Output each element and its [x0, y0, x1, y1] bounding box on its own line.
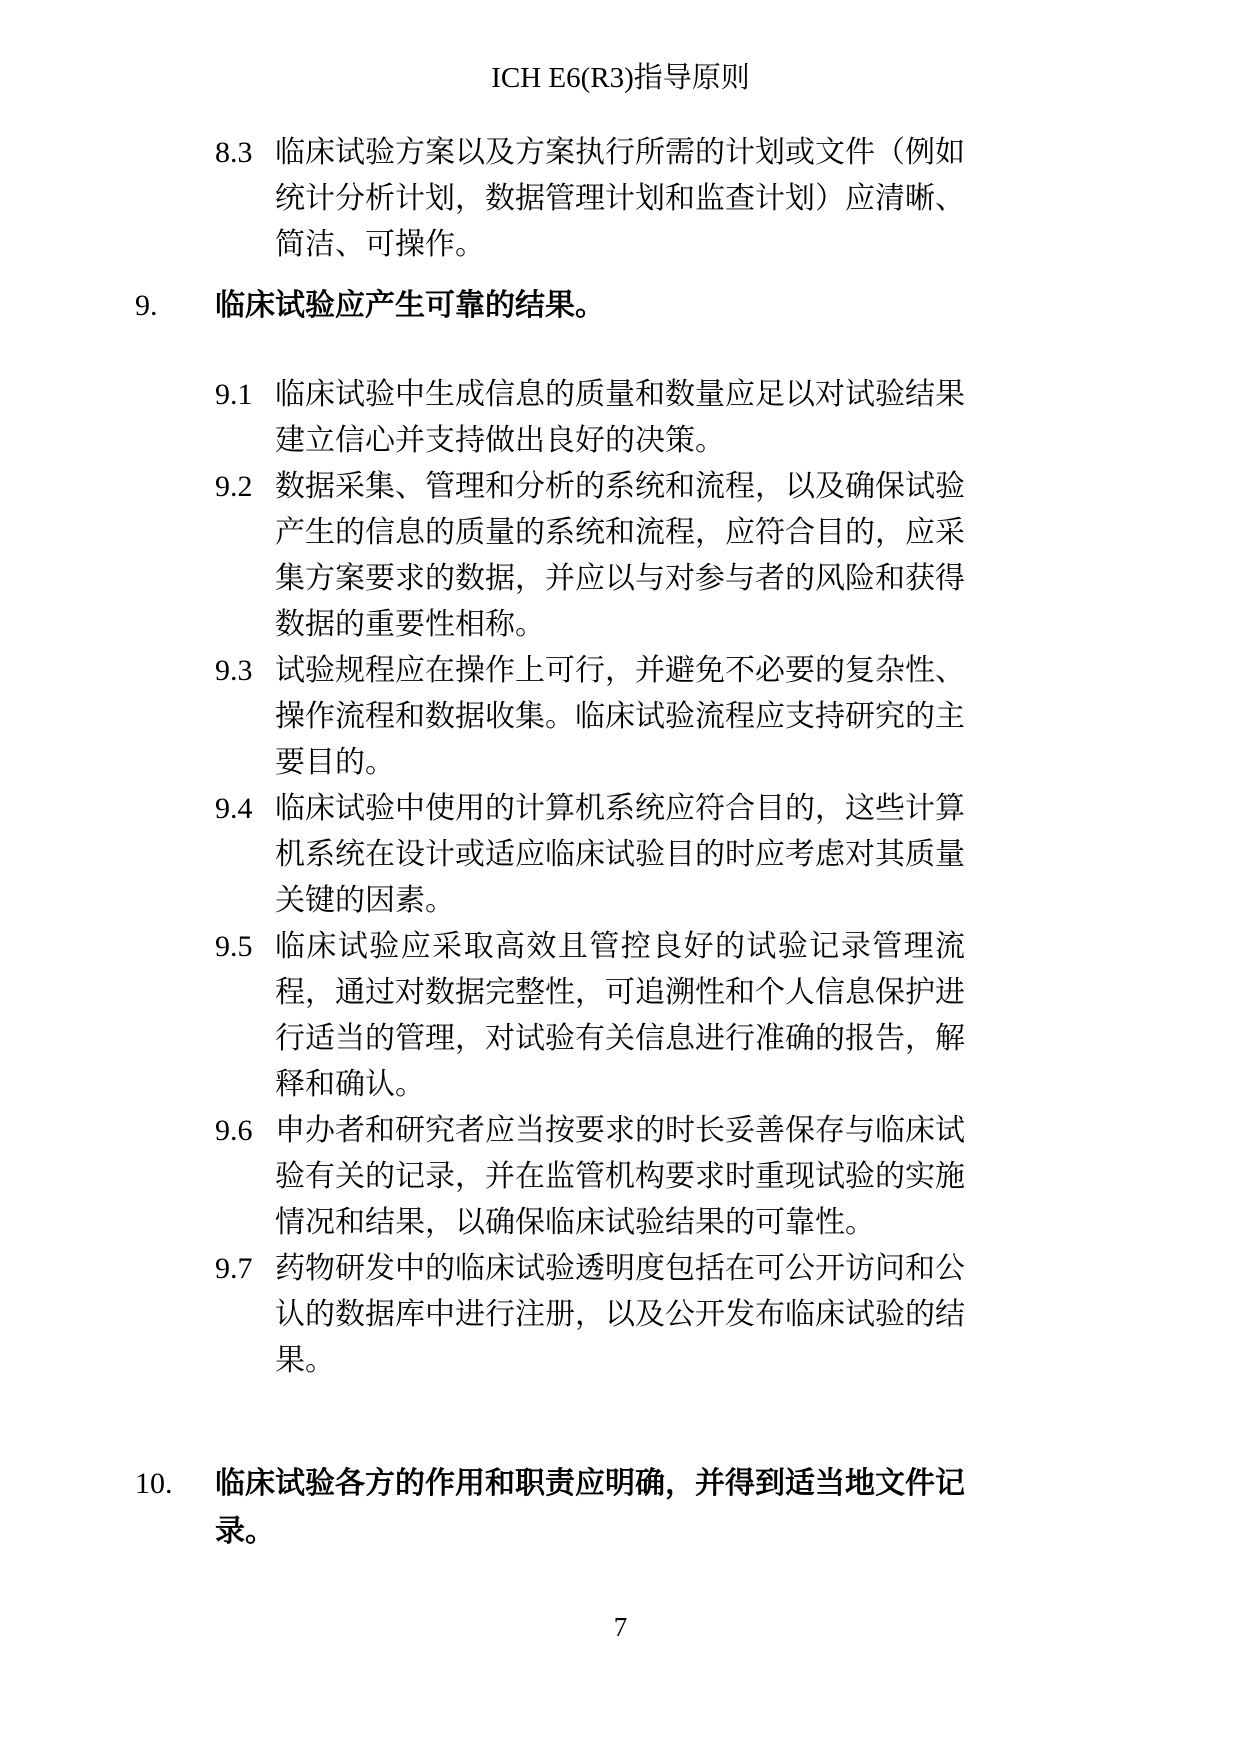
- page-header: ICH E6(R3)指导原则: [0, 0, 1241, 96]
- item-text: 数据采集、管理和分析的系统和流程，以及确保试验产生的信息的质量的系统和流程，应符…: [275, 464, 965, 648]
- item-text: 临床试验应采取高效且管控良好的试验记录管理流程，通过对数据完整性，可追溯性和个人…: [275, 924, 965, 1108]
- item-text: 临床试验方案以及方案执行所需的计划或文件（例如统计分析计划，数据管理计划和监查计…: [275, 130, 965, 268]
- item-text: 药物研发中的临床试验透明度包括在可公开访问和公认的数据库中进行注册，以及公开发布…: [275, 1246, 965, 1384]
- list-item: 9.3 试验规程应在操作上可行，并避免不必要的复杂性、操作流程和数据收集。临床试…: [215, 648, 965, 786]
- list-item: 9.2 数据采集、管理和分析的系统和流程，以及确保试验产生的信息的质量的系统和流…: [215, 464, 965, 648]
- item-number: 9.3: [215, 648, 275, 786]
- item-number: 9.5: [215, 924, 275, 1108]
- item-number: 9.2: [215, 464, 275, 648]
- list-item: 9.5 临床试验应采取高效且管控良好的试验记录管理流程，通过对数据完整性，可追溯…: [215, 924, 965, 1108]
- list-item: 9.4 临床试验中使用的计算机系统应符合目的，这些计算机系统在设计或适应临床试验…: [215, 786, 965, 924]
- item-number: 8.3: [215, 130, 275, 268]
- section-heading-10: 10. 临床试验各方的作用和职责应明确，并得到适当地文件记录。: [135, 1460, 965, 1556]
- item-number: 9.1: [215, 372, 275, 464]
- document-page: ICH E6(R3)指导原则 8.3 临床试验方案以及方案执行所需的计划或文件（…: [0, 0, 1241, 1755]
- item-text: 临床试验中使用的计算机系统应符合目的，这些计算机系统在设计或适应临床试验目的时应…: [275, 786, 965, 924]
- item-number: 9.7: [215, 1246, 275, 1384]
- section-8-items: 8.3 临床试验方案以及方案执行所需的计划或文件（例如统计分析计划，数据管理计划…: [215, 130, 965, 268]
- header-title: ICH E6(R3)指导原则: [491, 62, 750, 94]
- section-9-items: 9.1 临床试验中生成信息的质量和数量应足以对试验结果建立信心并支持做出良好的决…: [215, 372, 965, 1384]
- section-number: 10.: [135, 1460, 215, 1556]
- list-item: 9.1 临床试验中生成信息的质量和数量应足以对试验结果建立信心并支持做出良好的决…: [215, 372, 965, 464]
- section-title: 临床试验各方的作用和职责应明确，并得到适当地文件记录。: [215, 1460, 965, 1556]
- section-heading-9: 9. 临床试验应产生可靠的结果。: [135, 282, 965, 330]
- list-item: 8.3 临床试验方案以及方案执行所需的计划或文件（例如统计分析计划，数据管理计划…: [215, 130, 965, 268]
- page-content: 8.3 临床试验方案以及方案执行所需的计划或文件（例如统计分析计划，数据管理计划…: [135, 130, 965, 1556]
- item-number: 9.4: [215, 786, 275, 924]
- item-text: 临床试验中生成信息的质量和数量应足以对试验结果建立信心并支持做出良好的决策。: [275, 372, 965, 464]
- page-number: 7: [0, 1612, 1241, 1643]
- list-item: 9.7 药物研发中的临床试验透明度包括在可公开访问和公认的数据库中进行注册，以及…: [215, 1246, 965, 1384]
- section-number: 9.: [135, 282, 215, 330]
- item-text: 试验规程应在操作上可行，并避免不必要的复杂性、操作流程和数据收集。临床试验流程应…: [275, 648, 965, 786]
- item-text: 申办者和研究者应当按要求的时长妥善保存与临床试验有关的记录，并在监管机构要求时重…: [275, 1108, 965, 1246]
- list-item: 9.6 申办者和研究者应当按要求的时长妥善保存与临床试验有关的记录，并在监管机构…: [215, 1108, 965, 1246]
- section-title: 临床试验应产生可靠的结果。: [215, 282, 965, 330]
- item-number: 9.6: [215, 1108, 275, 1246]
